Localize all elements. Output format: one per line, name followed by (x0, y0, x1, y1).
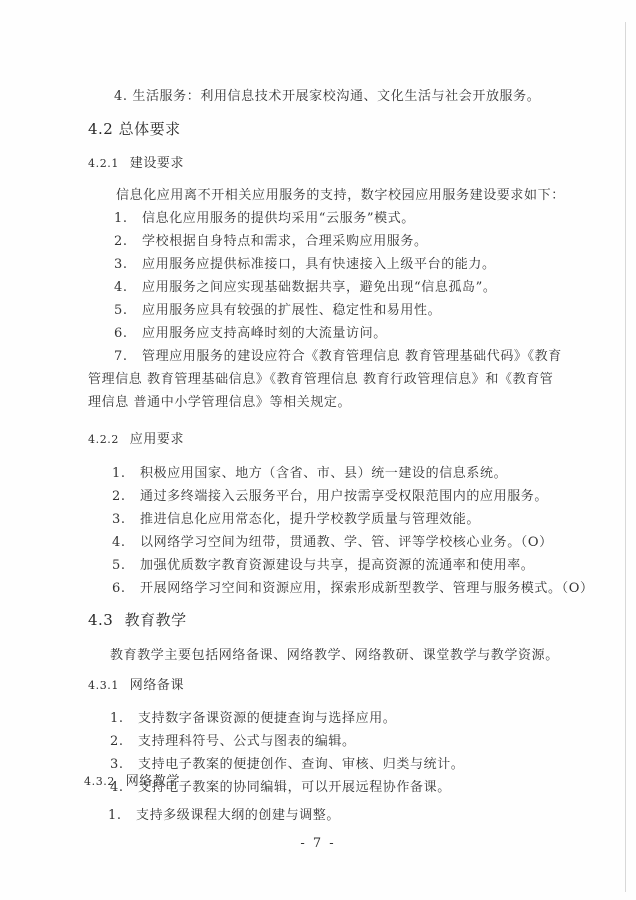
item-text: 应用服务应提供标准接口，具有快速接入上级平台的能力。 (142, 257, 496, 272)
item-text-line: 理信息 普通中小学管理信息》等相关规定。 (88, 395, 351, 411)
subsection-heading: 4.2.1 建设要求 (88, 156, 184, 172)
list-item: 4. 生活服务：利用信息技术开展家校沟通、文化生活与社会开放服务。 (114, 89, 540, 105)
section-heading: 4.2 总体要求 (88, 120, 181, 138)
item-text-line: 管理应用服务的建设应符合《教育管理信息 教育管理基础代码》《教育 (142, 349, 562, 364)
item-text: 支持电子教案的便捷创作、查询、审核、归类与统计。 (138, 757, 464, 772)
list-item: 1.支持多级课程大纲的创建与调整。 (108, 808, 340, 824)
item-text: 学校根据自身特点和需求，合理采购应用服务。 (142, 234, 428, 249)
item-text: 通过多终端接入云服务平台，用户按需享受权限范围内的应用服务。 (140, 489, 548, 504)
list-item: 6.开展网络学习空间和资源应用，探索形成新型教学、管理与服务模式。（O） (112, 581, 594, 597)
item-number: 4. (114, 89, 128, 104)
item-number: 3. (112, 512, 140, 528)
item-number: 4. (112, 535, 140, 551)
subsection-number: 4.2.1 (88, 157, 119, 170)
item-text: 以网络学习空间为纽带，贯通教、学、管、评等学校核心业务。（O） (140, 535, 553, 550)
subsection-heading: 4.3.1 网络备课 (88, 678, 184, 694)
item-text: 支持理科符号、公式与图表的编辑。 (138, 734, 356, 749)
item-number: 1. (108, 808, 136, 824)
subsection-title: 网络备课 (130, 678, 184, 693)
section-title: 教育教学 (125, 611, 187, 629)
page-number: - 7 - (0, 836, 636, 851)
subsection-title: 建设要求 (130, 156, 184, 171)
item-text: 应用服务应具有较强的扩展性、稳定性和易用性。 (142, 303, 441, 318)
item-number: 2. (110, 734, 138, 750)
subsection-number: 4.3.1 (88, 679, 119, 692)
item-text-line: 管理信息 教育管理基础信息》《教育管理信息 教育行政管理信息》和《教育管 (88, 372, 553, 388)
item-text: 开展网络学习空间和资源应用，探索形成新型教学、管理与服务模式。（O） (140, 581, 594, 596)
item-text: 应用服务应支持高峰时刻的大流量访问。 (142, 326, 387, 341)
list-item: 6.应用服务应支持高峰时刻的大流量访问。 (114, 326, 387, 342)
item-number: 3. (114, 257, 142, 273)
item-text: 支持多级课程大纲的创建与调整。 (136, 808, 340, 823)
item-number: 5. (112, 558, 140, 574)
item-number: 1. (110, 711, 138, 727)
list-item: 7.管理应用服务的建设应符合《教育管理信息 教育管理基础代码》《教育 (114, 349, 562, 365)
section-number: 4.3 (88, 611, 113, 629)
list-item: 4.以网络学习空间为纽带，贯通教、学、管、评等学校核心业务。（O） (112, 535, 553, 551)
list-item: 5.应用服务应具有较强的扩展性、稳定性和易用性。 (114, 303, 441, 319)
item-text: 推进信息化应用常态化，提升学校教学质量与管理效能。 (140, 512, 480, 527)
item-number: 6. (114, 326, 142, 342)
subsection-heading: 4.3.2 网络教学 (84, 774, 180, 790)
section-heading: 4.3 教育教学 (88, 611, 187, 629)
item-text: 应用服务之间应实现基础数据共享，避免出现“信息孤岛”。 (142, 280, 497, 295)
section-title: 总体要求 (119, 120, 181, 138)
item-number: 2. (114, 234, 142, 250)
list-item: 1.积极应用国家、地方（含省、市、县）统一建设的信息系统。 (112, 466, 507, 482)
item-text: 信息化应用服务的提供均采用“云服务”模式。 (142, 211, 415, 226)
item-text: 支持数字备课资源的便捷查询与选择应用。 (138, 711, 396, 726)
subsection-number: 4.2.2 (88, 433, 119, 446)
list-item: 3.应用服务应提供标准接口，具有快速接入上级平台的能力。 (114, 257, 496, 273)
item-text: 加强优质数字教育资源建设与共享，提高资源的流通率和使用率。 (140, 558, 534, 573)
paragraph: 教育教学主要包括网络备课、网络教学、网络教研、课堂教学与教学资源。 (110, 648, 559, 664)
item-number: 4. (114, 280, 142, 296)
item-number: 5. (114, 303, 142, 319)
list-item: 4.应用服务之间应实现基础数据共享，避免出现“信息孤岛”。 (114, 280, 497, 296)
item-number: 1. (114, 211, 142, 227)
subsection-title: 应用要求 (130, 432, 184, 447)
list-item: 2.学校根据自身特点和需求，合理采购应用服务。 (114, 234, 428, 250)
list-item: 1.支持数字备课资源的便捷查询与选择应用。 (110, 711, 396, 727)
item-number: 6. (112, 581, 140, 597)
section-number: 4.2 (88, 120, 113, 138)
subsection-number: 4.3.2 (84, 775, 115, 788)
subsection-heading: 4.2.2 应用要求 (88, 432, 184, 448)
list-item: 1.信息化应用服务的提供均采用“云服务”模式。 (114, 211, 415, 227)
list-item: 5.加强优质数字教育资源建设与共享，提高资源的流通率和使用率。 (112, 558, 534, 574)
paragraph: 信息化应用离不开相关应用服务的支持，数字校园应用服务建设要求如下： (116, 188, 565, 204)
list-item: 2.支持理科符号、公式与图表的编辑。 (110, 734, 356, 750)
list-item: 2.通过多终端接入云服务平台，用户按需享受权限范围内的应用服务。 (112, 489, 548, 505)
item-text: 生活服务：利用信息技术开展家校沟通、文化生活与社会开放服务。 (132, 89, 540, 104)
document-page: 4. 生活服务：利用信息技术开展家校沟通、文化生活与社会开放服务。 4.2 总体… (0, 0, 636, 900)
item-number: 3. (110, 757, 138, 773)
item-number: 2. (112, 489, 140, 505)
subsection-title: 网络教学 (126, 774, 180, 789)
list-item: 3.推进信息化应用常态化，提升学校教学质量与管理效能。 (112, 512, 480, 528)
item-text: 积极应用国家、地方（含省、市、县）统一建设的信息系统。 (140, 466, 507, 481)
scan-edge-line (625, 22, 626, 892)
item-text: 支持电子教案的协同编辑，可以开展远程协作备课。 (138, 780, 451, 795)
item-number: 1. (112, 466, 140, 482)
list-item: 3.支持电子教案的便捷创作、查询、审核、归类与统计。 (110, 757, 464, 773)
item-number: 7. (114, 349, 142, 365)
